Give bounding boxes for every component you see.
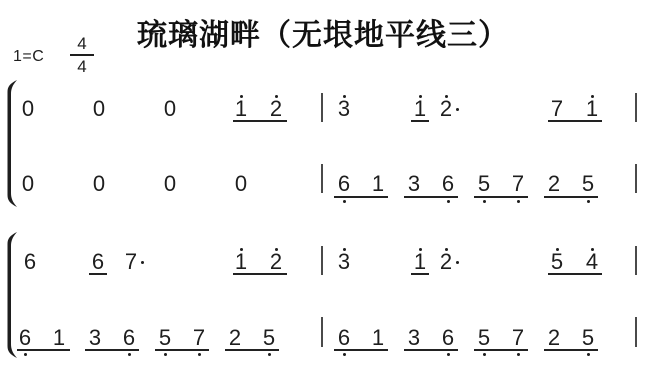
octave-dot-high	[419, 248, 422, 251]
note-digit: 7	[193, 327, 205, 349]
eighth-underline	[544, 349, 598, 351]
octave-dot-low	[447, 353, 450, 356]
time-signature-numerator: 4	[67, 34, 97, 53]
octave-dot-high	[343, 95, 346, 98]
octave-dot-high	[445, 248, 448, 251]
octave-dot-high	[556, 248, 559, 251]
barline	[635, 246, 637, 275]
time-signature-denominator: 4	[67, 57, 97, 76]
octave-dot-low	[24, 353, 27, 356]
octave-dot-low	[517, 200, 520, 203]
octave-dot-high	[591, 248, 594, 251]
note-digit: 2	[229, 327, 241, 349]
eighth-underline	[474, 349, 528, 351]
note-digit: 6	[19, 327, 31, 349]
eighth-underline	[85, 349, 139, 351]
barline	[321, 93, 323, 122]
octave-dot-high	[343, 248, 346, 251]
time-signature: 4 4	[67, 34, 97, 76]
octave-dot-low	[128, 353, 131, 356]
note-digit: 3	[338, 98, 350, 120]
octave-dot-low	[587, 200, 590, 203]
note-digit: 7	[512, 173, 524, 195]
octave-dot-high	[445, 95, 448, 98]
system-bracket	[4, 232, 20, 358]
note-digit: 7	[551, 98, 563, 120]
note-digit: 5	[582, 327, 594, 349]
octave-dot-high	[419, 95, 422, 98]
rest-digit: 0	[22, 173, 34, 195]
note-digit: 1	[372, 327, 384, 349]
note-digit: 6	[442, 327, 454, 349]
octave-dot-low	[343, 353, 346, 356]
note-digit: 1	[414, 251, 426, 273]
note-digit: 6	[123, 327, 135, 349]
sheet: 琉璃湖畔（无垠地平线三） 1=C 4 4 0001231271000061365…	[0, 0, 646, 365]
note-digit: 2	[270, 98, 282, 120]
octave-dot-high	[275, 95, 278, 98]
note-digit: 2	[548, 173, 560, 195]
octave-dot-low	[343, 200, 346, 203]
eighth-underline	[404, 349, 458, 351]
note-digit: 5	[263, 327, 275, 349]
note-digit: 5	[551, 251, 563, 273]
system-bracket	[4, 80, 20, 207]
rest-digit: 0	[164, 173, 176, 195]
eighth-underline	[411, 273, 429, 275]
octave-dot-low	[198, 353, 201, 356]
note-digit: 3	[408, 173, 420, 195]
note-digit: 1	[235, 251, 247, 273]
rest-digit: 0	[164, 98, 176, 120]
note-digit: 6	[92, 251, 104, 273]
note-digit: 7	[512, 327, 524, 349]
note-digit: 6	[442, 173, 454, 195]
note-digit: 1	[53, 327, 65, 349]
note-digit: 1	[414, 98, 426, 120]
octave-dot-low	[517, 353, 520, 356]
octave-dot-low	[447, 200, 450, 203]
note-digit: 7	[125, 251, 137, 273]
note-digit: 6	[338, 327, 350, 349]
rest-digit: 0	[235, 173, 247, 195]
octave-dot-high	[240, 95, 243, 98]
duration-dot	[456, 261, 459, 264]
note-digit: 2	[440, 251, 452, 273]
note-digit: 4	[586, 251, 598, 273]
note-digit: 3	[408, 327, 420, 349]
barline	[321, 246, 323, 275]
note-digit: 2	[270, 251, 282, 273]
note-digit: 5	[478, 327, 490, 349]
note-digit: 5	[478, 173, 490, 195]
note-digit: 5	[582, 173, 594, 195]
eighth-underline	[89, 273, 107, 275]
key-signature: 1=C	[13, 48, 44, 66]
octave-dot-high	[240, 248, 243, 251]
octave-dot-low	[483, 200, 486, 203]
fraction-bar	[70, 54, 94, 56]
eighth-underline	[411, 120, 429, 122]
note-digit: 2	[548, 327, 560, 349]
barline	[321, 317, 323, 347]
octave-dot-high	[275, 248, 278, 251]
duration-dot	[456, 108, 459, 111]
eighth-underline	[544, 196, 598, 198]
octave-dot-low	[483, 353, 486, 356]
eighth-underline	[474, 196, 528, 198]
octave-dot-high	[591, 95, 594, 98]
eighth-underline	[548, 120, 602, 122]
rest-digit: 0	[93, 173, 105, 195]
eighth-underline	[233, 120, 287, 122]
rest-digit: 0	[93, 98, 105, 120]
note-digit: 2	[440, 98, 452, 120]
eighth-underline	[404, 196, 458, 198]
eighth-underline	[155, 349, 209, 351]
octave-dot-low	[268, 353, 271, 356]
barline	[321, 164, 323, 193]
barline	[635, 164, 637, 193]
note-digit: 6	[24, 251, 36, 273]
note-digit: 3	[89, 327, 101, 349]
duration-dot	[141, 261, 144, 264]
eighth-underline	[233, 273, 287, 275]
eighth-underline	[17, 349, 70, 351]
eighth-underline	[225, 349, 279, 351]
note-digit: 3	[338, 251, 350, 273]
note-digit: 5	[159, 327, 171, 349]
barline	[635, 317, 637, 347]
eighth-underline	[334, 196, 388, 198]
note-digit: 1	[235, 98, 247, 120]
note-digit: 6	[338, 173, 350, 195]
rest-digit: 0	[22, 98, 34, 120]
octave-dot-low	[587, 353, 590, 356]
barline	[635, 93, 637, 122]
eighth-underline	[334, 349, 388, 351]
note-digit: 1	[586, 98, 598, 120]
note-digit: 1	[372, 173, 384, 195]
eighth-underline	[548, 273, 602, 275]
octave-dot-low	[164, 353, 167, 356]
